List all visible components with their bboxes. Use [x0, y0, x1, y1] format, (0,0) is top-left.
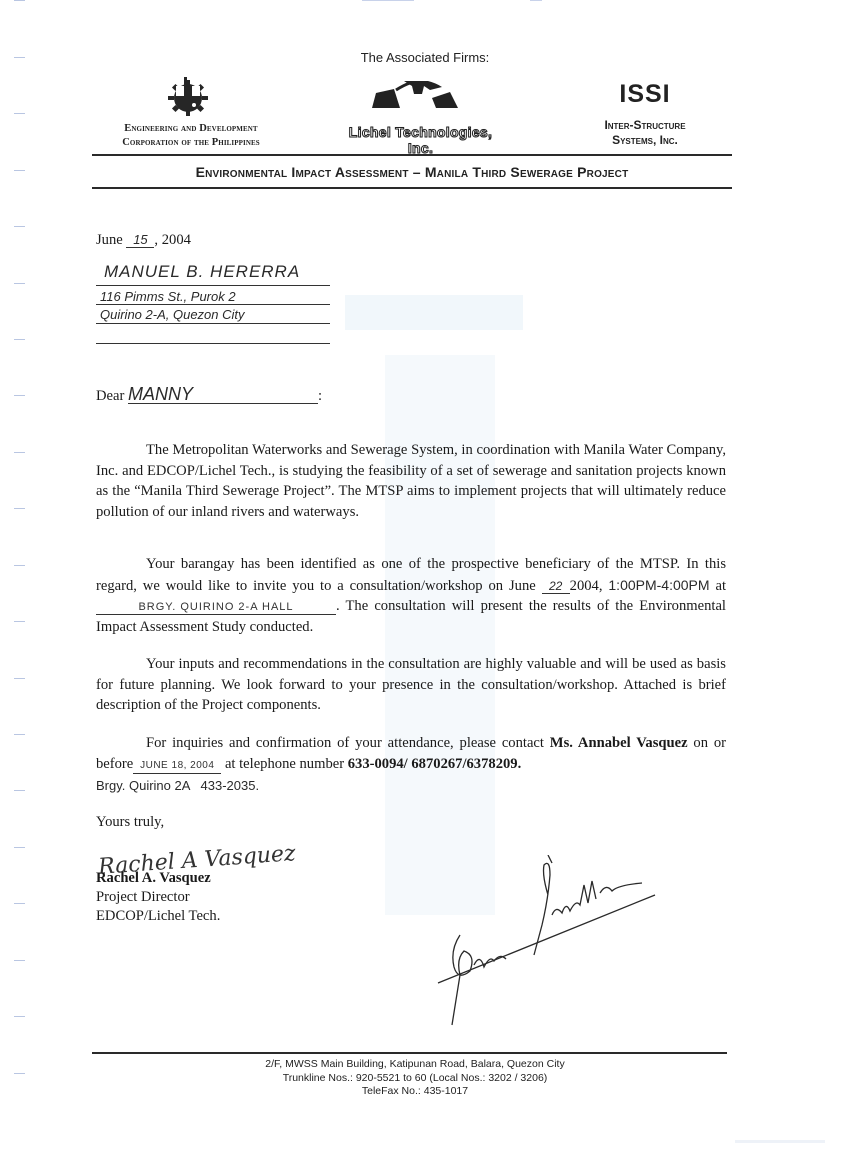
paragraph-intro: The Metropolitan Waterworks and Sewerage… — [96, 440, 726, 522]
workshop-venue-fill: BRGY. QUIRINO 2-A HALL — [96, 600, 336, 615]
edcop-name-line2: Corporation of the Philippines — [96, 136, 286, 150]
recipient-line-3: Quirino 2-A, Quezon City — [100, 307, 245, 322]
edcop-name-line1: Engineering and Development — [96, 122, 286, 136]
issi-name: Inter-Structure Systems, Inc. — [580, 118, 710, 148]
scan-noise-bottom-right — [735, 1140, 825, 1143]
handwritten-barangay-phone: Brgy. Quirino 2A 433-2035. — [96, 778, 259, 793]
edcop-logo — [166, 74, 210, 118]
paragraph-inputs: Your inputs and recommendations in the c… — [96, 654, 726, 716]
workshop-time-fill: 1:00PM-4:00PM — [608, 577, 709, 593]
date-month: June — [96, 232, 123, 248]
associated-firms-label: The Associated Firms: — [0, 50, 850, 65]
lichel-logo — [370, 80, 460, 110]
issi-logo: ISSI — [610, 80, 680, 109]
paragraph-invitation: Your barangay has been identified as one… — [96, 554, 726, 637]
footer-telefax: TeleFax No.: 435-1017 — [0, 1085, 830, 1099]
date-day-fill: 15 — [126, 233, 154, 248]
letter-date: June 15, 2004 — [96, 231, 191, 250]
contact-phones: 633-0094/ 6870267/6378209. — [348, 756, 522, 772]
recipient-line-1: MANUEL B. HERERRA — [104, 262, 300, 282]
contact-name: Ms. Annabel Vasquez — [550, 735, 688, 751]
salutation-colon: : — [318, 388, 322, 404]
signature-scribble-icon — [430, 855, 670, 1035]
signatory-name: Rachel A. Vasquez — [96, 869, 220, 888]
date-year: , 2004 — [154, 232, 190, 248]
paragraph-inquiries: For inquiries and confirmation of your a… — [96, 733, 726, 774]
project-title: Environmental Impact Assessment – Manila… — [92, 164, 732, 180]
deadline-fill: JUNE 18, 2004 — [133, 759, 221, 774]
edcop-name: Engineering and Development Corporation … — [96, 122, 286, 150]
footer-trunkline: Trunkline Nos.: 920-5521 to 60 (Local No… — [0, 1072, 830, 1086]
arc-segments-icon — [370, 80, 460, 110]
closing: Yours truly, — [96, 813, 164, 832]
gear-building-icon — [166, 74, 210, 118]
salutation: Dear MANNY: — [96, 385, 322, 406]
signatory-block: Rachel A. Vasquez Project Director EDCOP… — [96, 869, 220, 926]
salutation-prefix: Dear — [96, 388, 124, 404]
header-rule-bottom — [92, 187, 732, 189]
header-rule-top — [92, 154, 732, 156]
issi-name-line1: Inter-Structure — [580, 118, 710, 133]
footer-address: 2/F, MWSS Main Building, Katipunan Road,… — [0, 1058, 830, 1072]
issi-name-line2: Systems, Inc. — [580, 133, 710, 148]
lichel-name: Lichel Technologies, Inc. — [338, 124, 503, 156]
workshop-date-fill: 22 — [542, 579, 570, 594]
footer-rule — [92, 1052, 727, 1054]
recipient-line-2: 116 Pimms St., Purok 2 — [100, 289, 236, 304]
bleed-through-block-top — [345, 295, 523, 330]
salutation-name-fill: MANNY — [128, 385, 318, 404]
signature-peter — [430, 855, 670, 1035]
signatory-organization: EDCOP/Lichel Tech. — [96, 907, 220, 926]
signatory-title: Project Director — [96, 888, 220, 907]
footer-contact: 2/F, MWSS Main Building, Katipunan Road,… — [0, 1058, 830, 1099]
